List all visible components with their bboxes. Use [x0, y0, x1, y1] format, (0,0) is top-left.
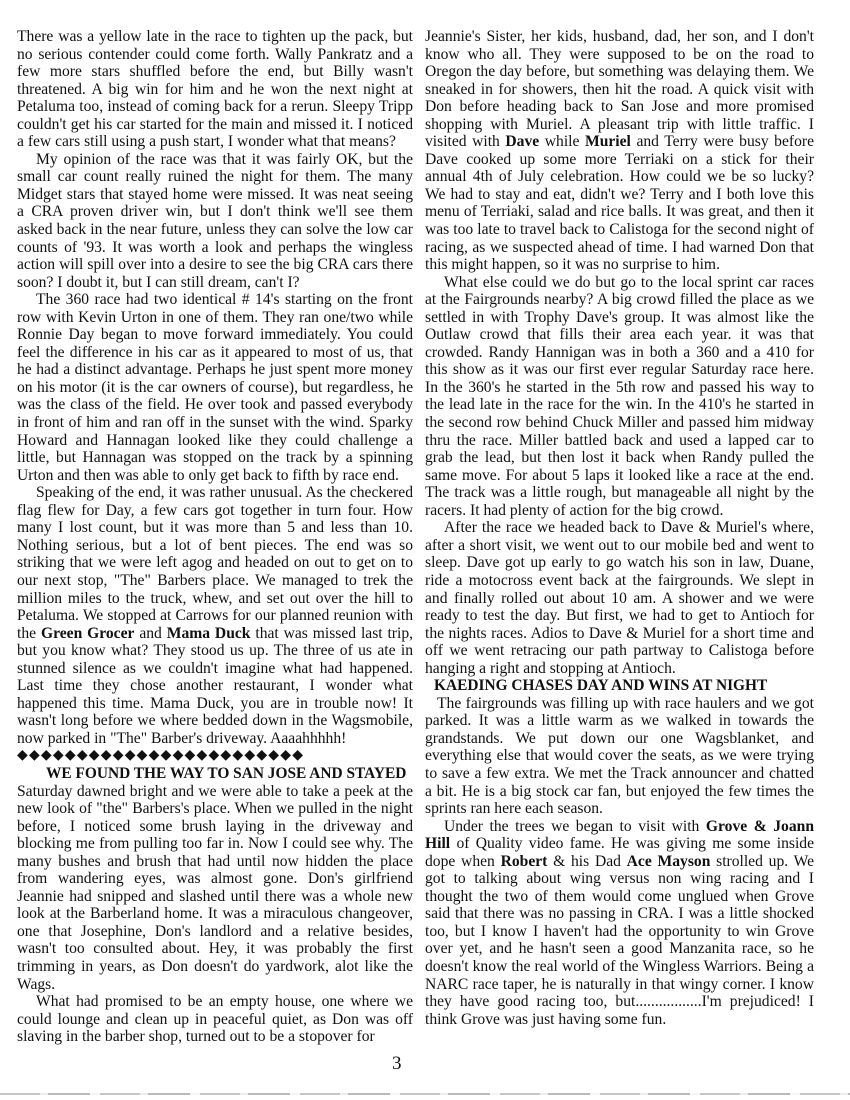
paragraph: What had promised to be an empty house, …	[17, 993, 413, 1046]
section-heading: KAEDING CHASES DAY AND WINS AT NIGHT	[425, 677, 814, 695]
paragraph: Under the trees we began to visit with G…	[425, 818, 814, 1029]
bold-name: Dave	[505, 133, 539, 150]
bold-name: Muriel	[585, 133, 631, 150]
paragraph: After the race we headed back to Dave & …	[425, 519, 814, 677]
paragraph: Jeannie's Sister, her kids, husband, dad…	[425, 28, 814, 274]
section-heading: WE FOUND THE WAY TO SAN JOSE AND STAYED	[17, 765, 413, 783]
paragraph: Saturday dawned bright and we were able …	[17, 783, 413, 994]
newsletter-page: There was a yellow late in the race to t…	[0, 0, 850, 1100]
paragraph: The 360 race had two identical # 14's st…	[17, 291, 413, 484]
bold-name: Green Grocer	[41, 625, 135, 642]
right-column: Jeannie's Sister, her kids, husband, dad…	[425, 28, 814, 1028]
page-number: 3	[392, 1053, 402, 1075]
paragraph: What else could we do but go to the loca…	[425, 274, 814, 520]
bold-name: Robert	[501, 853, 548, 870]
paragraph: There was a yellow late in the race to t…	[17, 28, 413, 151]
bold-name: Mama Duck	[167, 625, 251, 642]
bold-name: Ace Mayson	[627, 853, 711, 870]
left-column: There was a yellow late in the race to t…	[17, 28, 413, 1046]
paragraph: Speaking of the end, it was rather unusu…	[17, 484, 413, 747]
diamond-divider: ◆◆◆◆◆◆◆◆◆◆◆◆◆◆◆◆◆◆◆◆◆◆◆◆	[17, 747, 413, 765]
paragraph: My opinion of the race was that it was f…	[17, 151, 413, 291]
paragraph: The fairgrounds was filling up with race…	[425, 695, 814, 818]
page-bottom-edge	[0, 1093, 850, 1095]
